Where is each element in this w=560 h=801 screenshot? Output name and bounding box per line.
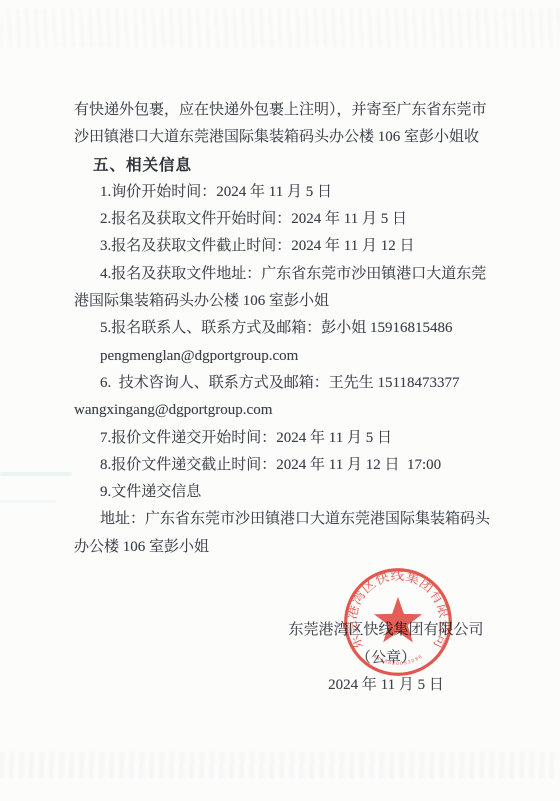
registration-contact-email: pengmenglan@dgportgroup.com	[74, 343, 496, 370]
registration-address-line-1: 4.报名及获取文件地址：广东省东莞市沙田镇港口大道东莞	[74, 261, 496, 288]
submission-address-line-2: 办公楼 106 室彭小姐	[74, 534, 496, 561]
registration-deadline-line: 3.报名及获取文件截止时间：2024 年 11 月 12 日	[74, 233, 496, 260]
document-body: 有快递外包裹，应在快递外包裹上注明），并寄至广东省东莞市 沙田镇港口大道东莞港国…	[74, 97, 496, 561]
svg-text:4410820052086: 4410820052086	[372, 654, 424, 667]
registration-contact-line: 5.报名联系人、联系方式及邮箱：彭小姐 15916815486	[74, 315, 496, 342]
inquiry-start-time-line: 1.询价开始时间：2024 年 11 月 5 日	[74, 179, 496, 206]
mailing-address-line: 沙田镇港口大道东莞港国际集装箱码头办公楼 106 室彭小姐收	[74, 124, 496, 151]
submission-address-line-1: 地址：广东省东莞市沙田镇港口大道东莞港国际集装箱码头	[74, 506, 496, 533]
submission-info-heading: 9.文件递交信息	[74, 479, 496, 506]
scan-noise-bottom	[0, 752, 560, 778]
section-heading-related-info: 五、相关信息	[74, 152, 496, 179]
technical-contact-line: 6. 技术咨询人、联系方式及邮箱：王先生 15118473377	[74, 370, 496, 397]
seal-star-icon	[374, 597, 422, 643]
official-seal: 东莞港湾区快线集团有限公司 4410820052086	[342, 566, 454, 678]
scanned-document-page: 有快递外包裹，应在快递外包裹上注明），并寄至广东省东莞市 沙田镇港口大道东莞港国…	[0, 0, 560, 801]
technical-contact-email: wangxingang@dgportgroup.com	[74, 397, 496, 424]
registration-address-line-2: 港国际集装箱码头办公楼 106 室彭小姐	[74, 288, 496, 315]
seal-serial: 4410820052086	[372, 654, 424, 667]
submission-start-time-line: 7.报价文件递交开始时间：2024 年 11 月 5 日	[74, 425, 496, 452]
scan-streak	[0, 472, 72, 476]
registration-start-time-line: 2.报名及获取文件开始时间：2024 年 11 月 5 日	[74, 206, 496, 233]
submission-deadline-line: 8.报价文件递交截止时间：2024 年 11 月 12 日 17:00	[74, 452, 496, 479]
mailing-instruction-line: 有快递外包裹，应在快递外包裹上注明），并寄至广东省东莞市	[74, 97, 496, 124]
scan-noise-top	[0, 8, 560, 48]
scan-streak	[0, 500, 56, 503]
